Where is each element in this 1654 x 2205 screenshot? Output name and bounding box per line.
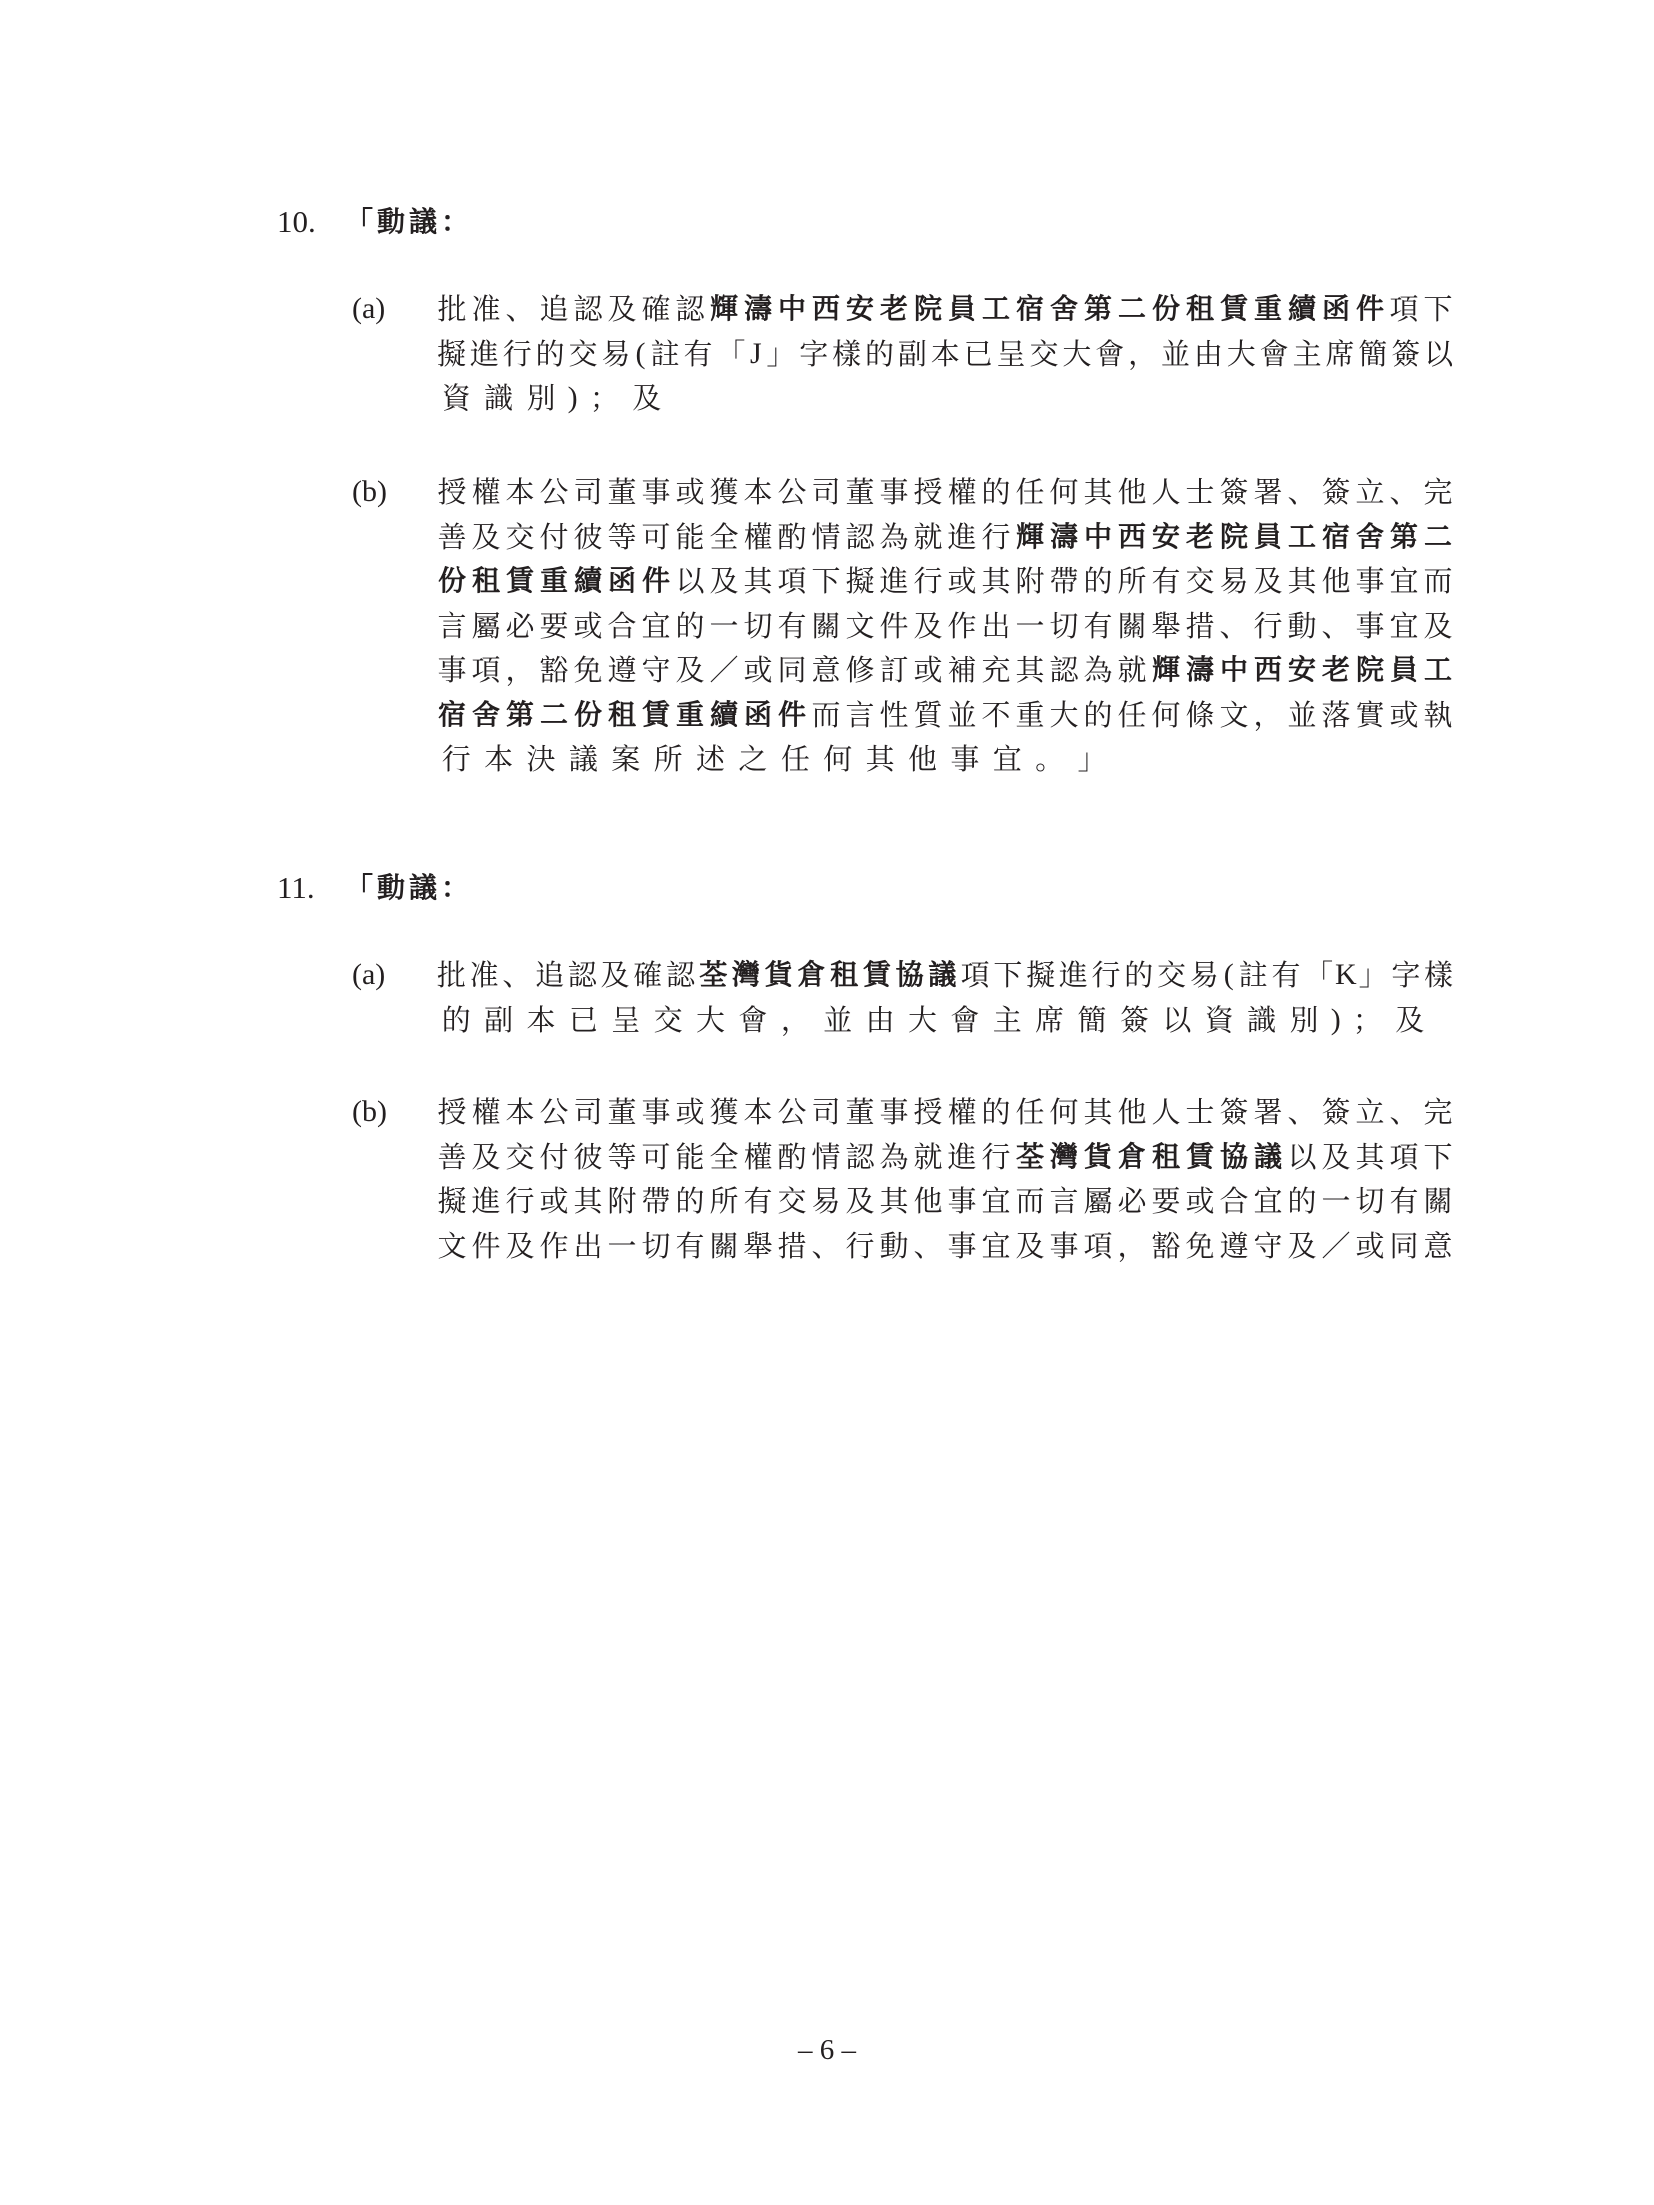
text-line: 行本決議案所述之任何其他事宜。」	[435, 737, 1455, 782]
document-page: 10. 「動議： (a) 批准、追認及確認輝濤中西安老院員工宿舍第二份租賃重續函…	[0, 0, 1654, 2205]
text-line: 授權本公司董事或獲本公司董事授權的任何其他人士簽署、簽立、完	[435, 1090, 1455, 1135]
clause-label: (a)	[352, 953, 385, 997]
text-line: 文件及作出一切有關舉措、行動、事宜及事項，豁免遵守及／或同意	[435, 1224, 1455, 1269]
clause-text: 批准、追認及確認輝濤中西安老院員工宿舍第二份租賃重續函件項下擬進行的交易(註有「…	[435, 287, 1455, 421]
clause-label: (b)	[352, 470, 387, 514]
clause-label: (b)	[352, 1090, 387, 1134]
text-line: 善及交付彼等可能全權酌情認為就進行荃灣貨倉租賃協議以及其項下	[435, 1135, 1455, 1180]
resolution-number: 10.	[277, 200, 316, 244]
text-line: 宿舍第二份租賃重續函件而言性質並不重大的任何條文，並落實或執	[435, 693, 1455, 738]
clause-label: (a)	[352, 287, 385, 331]
resolution-title: 「動議：	[345, 866, 473, 910]
text-line: 的副本已呈交大會，並由大會主席簡簽以資識別)；及	[435, 998, 1455, 1043]
clause-text: 批准、追認及確認荃灣貨倉租賃協議項下擬進行的交易(註有「K」字樣的副本已呈交大會…	[435, 953, 1455, 1042]
text-line: 份租賃重續函件以及其項下擬進行或其附帶的所有交易及其他事宜而	[435, 559, 1455, 604]
resolution-title: 「動議：	[345, 200, 473, 244]
text-line: 善及交付彼等可能全權酌情認為就進行輝濤中西安老院員工宿舍第二	[435, 515, 1455, 560]
clause-text: 授權本公司董事或獲本公司董事授權的任何其他人士簽署、簽立、完善及交付彼等可能全權…	[435, 470, 1455, 782]
text-line: 授權本公司董事或獲本公司董事授權的任何其他人士簽署、簽立、完	[435, 470, 1455, 515]
clause-text: 授權本公司董事或獲本公司董事授權的任何其他人士簽署、簽立、完善及交付彼等可能全權…	[435, 1090, 1455, 1268]
text-line: 事項，豁免遵守及／或同意修訂或補充其認為就輝濤中西安老院員工	[435, 648, 1455, 693]
text-line: 批准、追認及確認荃灣貨倉租賃協議項下擬進行的交易(註有「K」字樣	[435, 953, 1455, 998]
text-line: 擬進行的交易(註有「J」字樣的副本已呈交大會，並由大會主席簡簽以	[435, 332, 1455, 377]
text-line: 言屬必要或合宜的一切有關文件及作出一切有關舉措、行動、事宜及	[435, 604, 1455, 649]
page-number: – 6 –	[0, 2030, 1654, 2070]
text-line: 批准、追認及確認輝濤中西安老院員工宿舍第二份租賃重續函件項下	[435, 287, 1455, 332]
text-line: 擬進行或其附帶的所有交易及其他事宜而言屬必要或合宜的一切有關	[435, 1179, 1455, 1224]
resolution-number: 11.	[277, 866, 315, 910]
text-line: 資識別)；及	[435, 376, 1455, 421]
